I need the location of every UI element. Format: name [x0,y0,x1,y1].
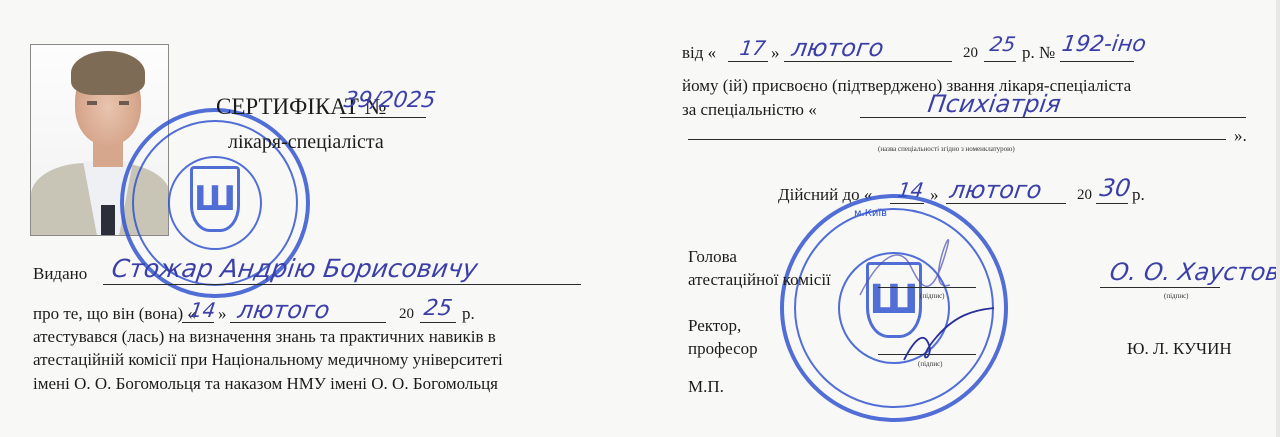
certificate-right-page: від « 17 » лютого 20 25 р. № 192-іно йом… [640,0,1280,437]
valid-year: 30 [1098,174,1132,202]
about-month: лютого [236,296,331,324]
order-day: 17 [738,36,767,60]
issued-name: Стожар Андрію Борисовичу [110,254,480,283]
order-year: 25 [988,32,1017,56]
certificate-subtitle: лікаря-спеціаліста [228,130,384,154]
about-day: 14 [188,298,217,322]
body-line-1: атестувався (лась) на визначення знань т… [33,327,496,347]
body-line-2: атестаційній комісії при Національному м… [33,350,503,370]
specialty-value: Психіатрія [926,90,1063,118]
certificate-left-page: Ш СЕРТИФІКАТ № 39/2025 лікаря-спеціаліст… [0,0,640,437]
rector-signature [864,300,1004,370]
specialty-caption: (назва спеціальності згідно з номенклату… [878,145,1015,153]
order-number: 192-іно [1060,32,1147,57]
issued-label: Видано [33,264,87,284]
chair-name: О. О. Хаустова [1108,258,1280,286]
about-year: 25 [422,296,454,321]
body-line-3: імені О. О. Богомольця та наказом НМУ ім… [33,374,498,394]
assigned-line: йому (ій) присвоєно (підтверджено) званн… [682,76,1131,96]
valid-month: лютого [948,176,1043,204]
rector-name: Ю. Л. КУЧИН [1127,339,1232,359]
certificate-number: 39/2025 [342,88,437,113]
trident-emblem-icon: Ш [190,166,240,232]
stamp-city: м.Київ [854,208,887,219]
about-prefix: про те, що він (вона) « [33,304,196,324]
order-month: лютого [790,34,885,62]
seal-label: М.П. [688,377,724,397]
